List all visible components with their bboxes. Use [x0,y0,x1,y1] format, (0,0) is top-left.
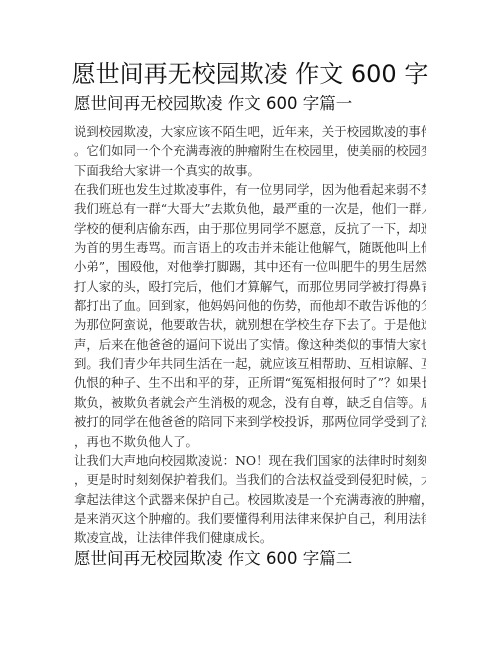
text-line: 声，后来在他爸爸的逼问下说出了实情。像这种类似的事情大家也很经常见 [74,335,426,354]
text-line: 仇恨的种子、生不出和平的芽，正所谓“冤冤相报何时了”？如果长期的被 [74,373,426,392]
text-line: 是来消灭这个肿瘤的。我们要懂得利用法律来保护自己，利用法律来向校园 [74,509,426,528]
text-line: 打人家的头，殴打完后，他们才算解气，而那位男同学被打得鼻青脸肿，头 [74,277,426,296]
text-line: 让我们大声地向校园欺凌说：NO！现在我们国家的法律时时刻刻约束着我们 [74,451,426,470]
text-line: 欺负，被欺负者就会产生消极的观念，没有自尊，缺乏自信等。后来，这位 [74,393,426,412]
text-line: 都打出了血。回到家，他妈妈问他的伤势，而他却不敢告诉他的父母听，因 [74,296,426,315]
text-line: 小弟”，围殴他，对他拳打脚踢，其中还有一位叫肥牛的男生居然拿扫把去 [74,257,426,276]
text-line: 学校的便利店偷东西，由于那位男同学不愿意，反抗了一下，却遭到以阿蛮 [74,219,426,238]
text-line: 为那位阿蛮说，他要敢告状，就别想在学校生存下去了。于是他选择默不吭 [74,315,426,334]
text-line: 。它们如同一个个充满毒液的肿瘤附生在校园里，使美丽的校园变得可怕， [74,141,426,160]
text-line: 拿起法律这个武器来保护自己。校园欺凌是一个充满毒液的肿瘤，而法律就 [74,490,426,509]
text-line: 在我们班也发生过欺凌事件，有一位男同学，因为他看起来弱不禁风，所以 [74,180,426,199]
text-line: 到。我们青少年共同生活在一起，就应该互相帮助、互相谅解、互相包含。 [74,354,426,373]
text-line: 被打的同学在他爸爸的陪同下来到学校投诉，那两位同学受到了法律的制裁 [74,412,426,431]
text-line: 说到校园欺凌，大家应该不陌生吧，近年来，关于校园欺凌的事件屡见不鲜 [74,122,426,141]
text-line: 欺凌宣战，让法律伴我们健康成长。 [74,528,426,547]
section-1-body: 说到校园欺凌，大家应该不陌生吧，近年来，关于校园欺凌的事件屡见不鲜 。它们如同一… [74,122,426,548]
text-line: 下面我给大家讲一个真实的故事。 [74,161,426,180]
text-line: ，更是时时刻刻保护着我们。当我们的合法权益受到侵犯时候，大家一定要 [74,470,426,489]
text-line: 为首的男生毒骂。而言语上的攻击并未能让他解气，随既他叫上他所谓的“ [74,238,426,257]
section-heading-2: 愿世间再无校园欺凌 作文 600 字篇二 [74,548,352,570]
text-line: ，再也不欺负他人了。 [74,432,426,451]
document-title: 愿世间再无校园欺凌 作文 600 字 [0,58,500,90]
text-line: 我们班总有一群“大哥大”去欺负他，最严重的一次是，他们一群人叫他去 [74,199,426,218]
section-heading-1: 愿世间再无校园欺凌 作文 600 字篇一 [74,93,352,115]
document-page: 愿世间再无校园欺凌 作文 600 字 愿世间再无校园欺凌 作文 600 字篇一 … [0,0,500,647]
